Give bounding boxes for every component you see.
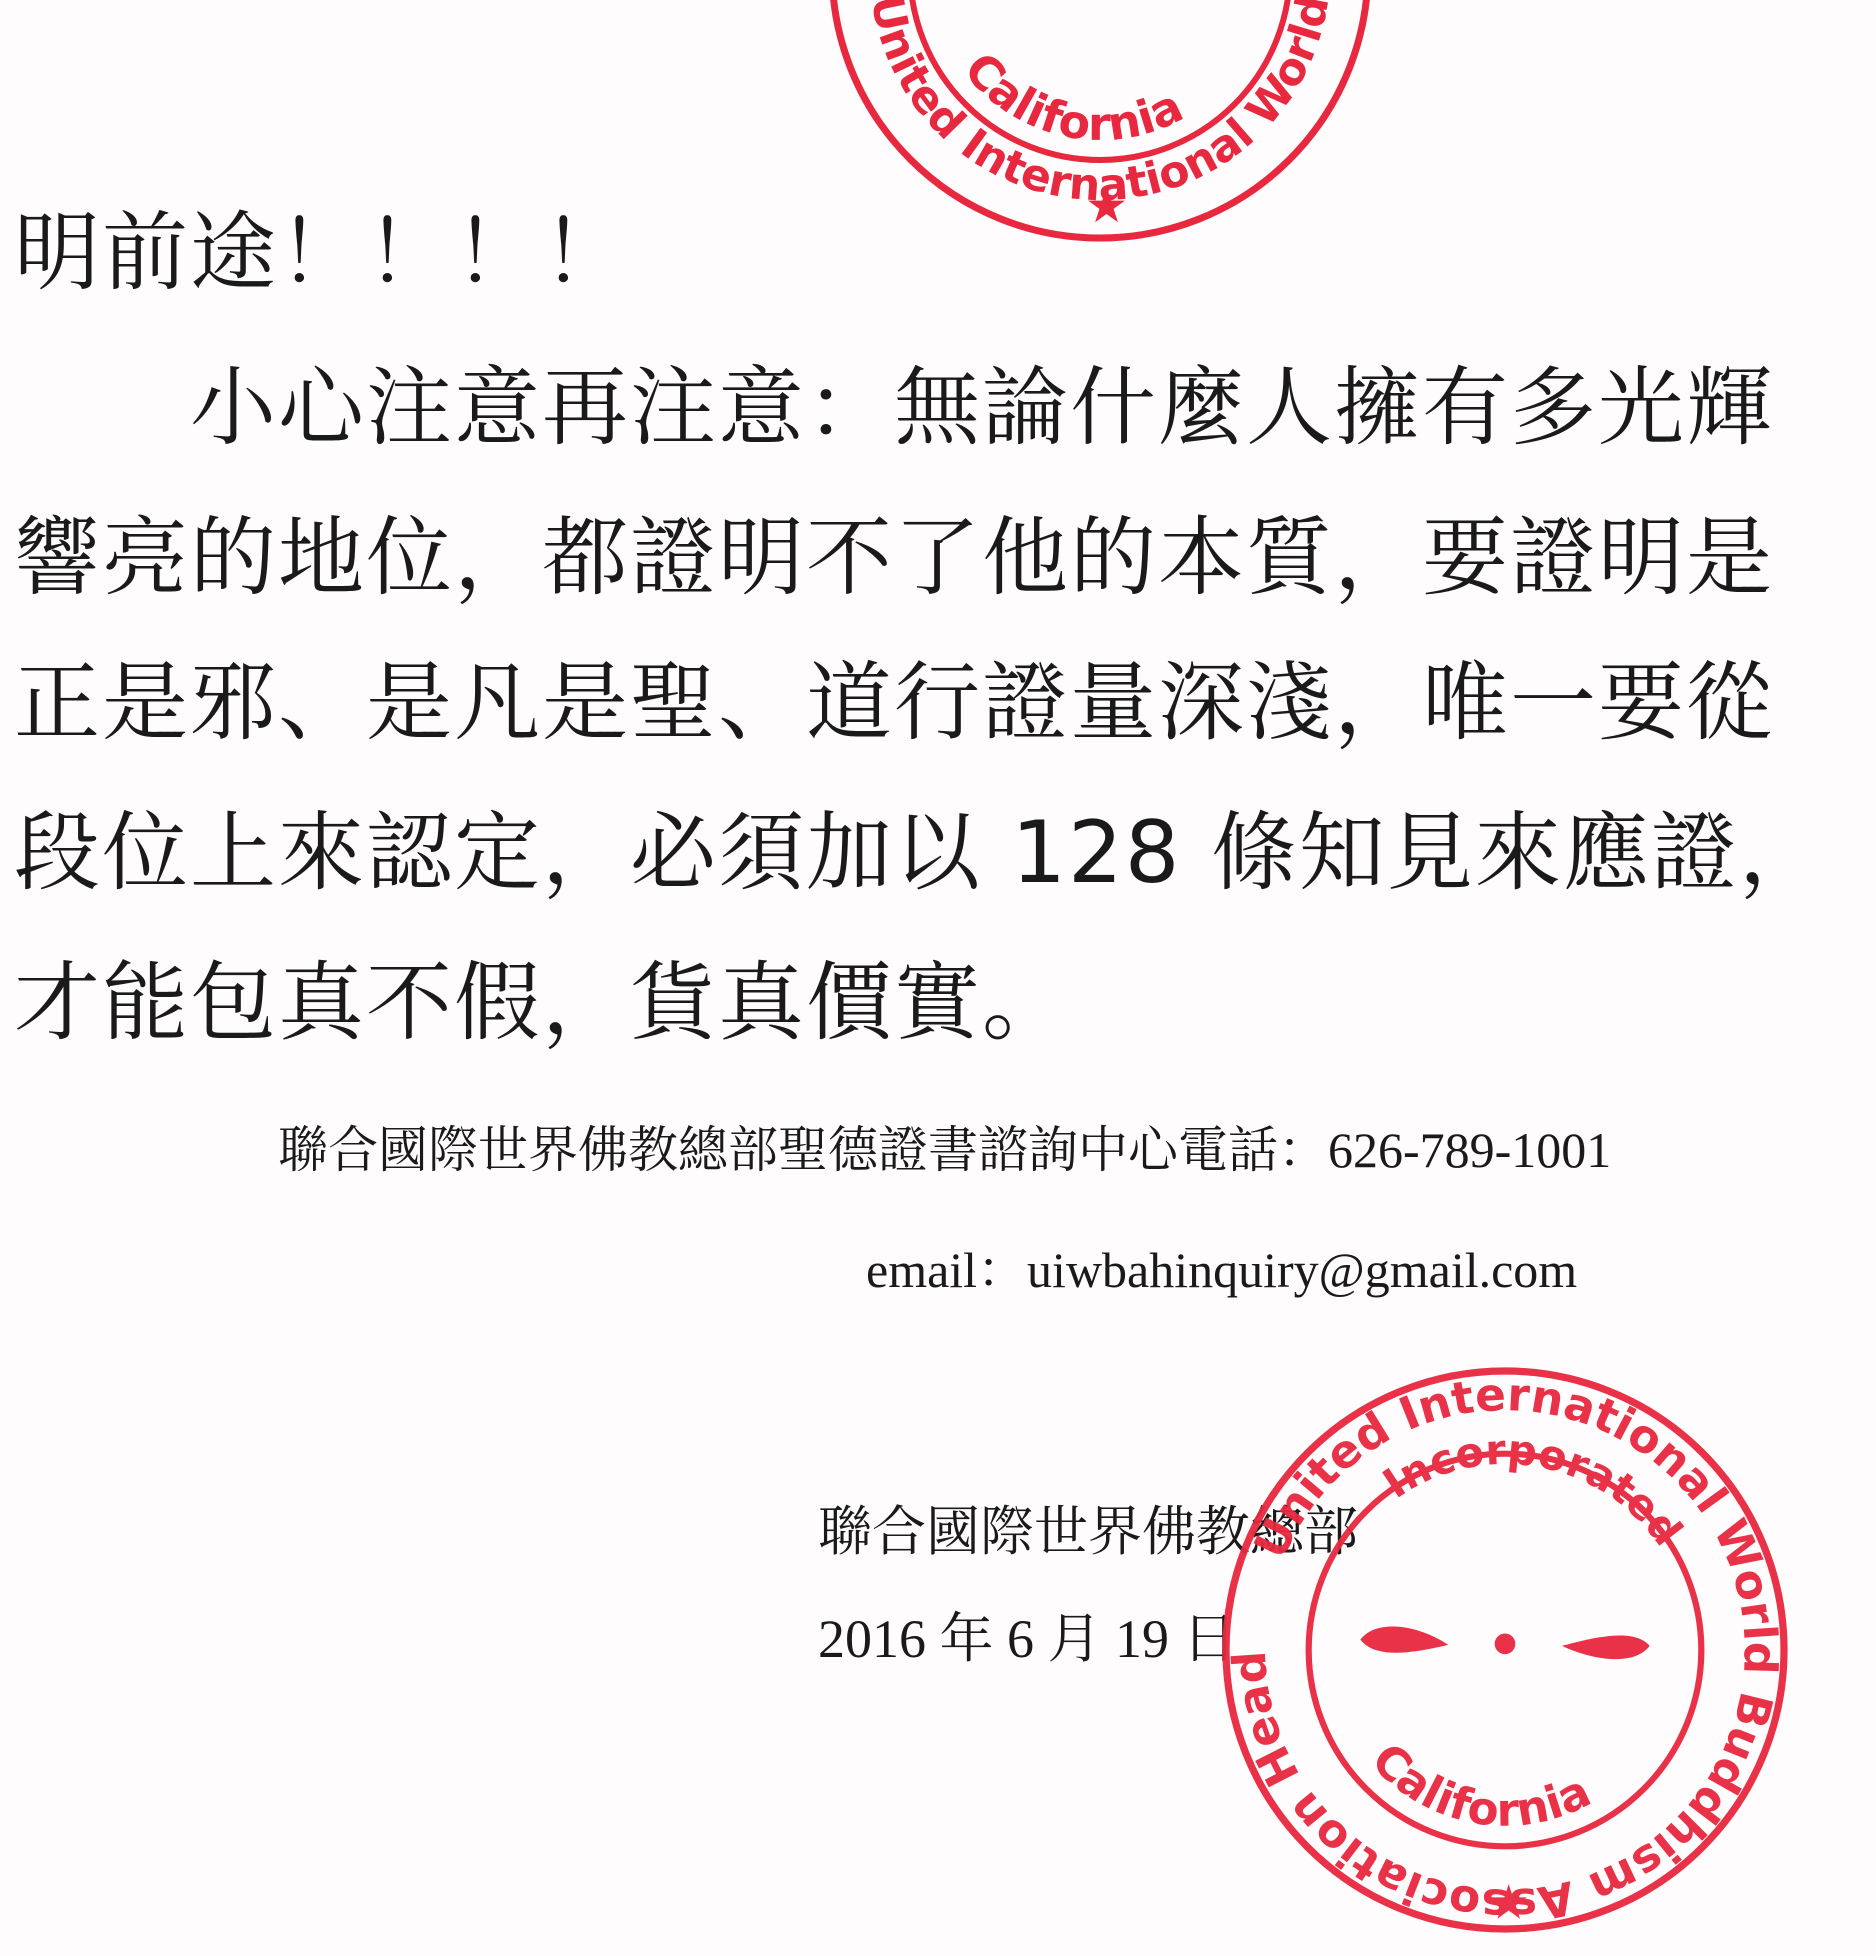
star-icon: ★	[1085, 178, 1128, 234]
body-line-5: 段位上來認定，必須加以 128 條知見來應證，	[14, 810, 1827, 896]
lotus-emblem-icon	[1360, 1627, 1649, 1660]
seal-icon: United International World Buddhism Asso…	[1195, 1340, 1815, 1956]
email-contact[interactable]: email：uiwbahinquiry@gmail.com	[866, 1245, 1577, 1295]
star-icon: ★	[1487, 1876, 1530, 1931]
body-line-2: 小心注意再注意：無論什麼人擁有多光輝	[14, 365, 1774, 451]
body-line-4: 正是邪、是凡是聖、道行證量深淺，唯一要從	[14, 660, 1774, 746]
bottom-seal-stamp: United International World Buddhism Asso…	[1195, 1340, 1815, 1956]
signature-date: 2016 年 6 月 19 日	[818, 1612, 1237, 1666]
body-line-6: 才能包真不假，貨真價實。	[14, 960, 1070, 1046]
seal-location-text: California	[1361, 1733, 1598, 1837]
body-line-1: 明前途！！！！	[14, 210, 630, 296]
top-seal-stamp: United International World Buddhism Asso…	[800, 0, 1400, 270]
phone-contact: 聯合國際世界佛教總部聖德證書諮詢中心電話：626-789-1001	[278, 1125, 1611, 1175]
seal-icon: United International World Buddhism Asso…	[800, 0, 1400, 270]
body-line-3: 響亮的地位，都證明不了他的本質，要證明是	[14, 515, 1774, 601]
